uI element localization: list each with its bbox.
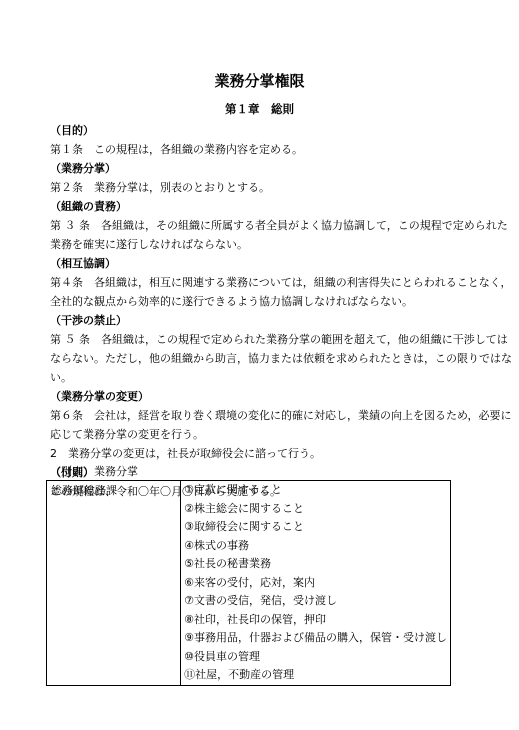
section-heading: （組織の責務） (50, 197, 460, 216)
duty-item: ⑥来客の受付，応対，案内 (184, 574, 447, 593)
section-responsibilities: （組織の責務） 第 ３ 条 各組織は，その組織に所属する者全員がよく協力協調して… (50, 197, 460, 254)
department-cell: 総務部総務課 (47, 481, 181, 686)
article-text: 全社的な観点から効率的に遂行できるよう協力協調しなければならない。 (50, 292, 460, 311)
duties-cell: ①定款に関すること ②株主総会に関すること ③取締役会に関すること ④株式の事務… (181, 481, 451, 686)
article-text: 第６条 会社は，経営を取り巻く環境の変化に的確に対応し，業績の向上を図るため，必… (50, 406, 460, 425)
article-text: 第 ５ 条 各組織は，この規程で定められた業務分掌の範囲を超えて，他の組織に干渉… (50, 330, 460, 349)
duty-item: ⑧社印，社長印の保管，押印 (184, 611, 447, 630)
section-heading: （業務分掌） (50, 159, 460, 178)
duty-item: ②株主総会に関すること (184, 500, 447, 519)
article-text: 業務を確実に遂行しなければならない。 (50, 235, 460, 254)
article-text: 応じて業務分掌の変更を行う。 (50, 425, 460, 444)
appendix-caption: （別表）業務分掌 (50, 463, 138, 479)
section-cooperation: （相互協調） 第４条 各組織は，相互に関連する業務については，組織の利害得失にと… (50, 254, 460, 311)
section-non-interference: （干渉の禁止） 第 ５ 条 各組織は，この規程で定められた業務分掌の範囲を超えて… (50, 311, 460, 387)
section-heading: （相互協調） (50, 254, 460, 273)
duty-item: ④株式の事務 (184, 537, 447, 556)
article-text: 第４条 各組織は，相互に関連する業務については，組織の利害得失にとらわれることな… (50, 273, 460, 292)
document-page: 業務分掌権限 第１章 総則 （目的） 第１条 この規程は，各組織の業務内容を定め… (0, 0, 519, 730)
section-heading: （目的） (50, 121, 460, 140)
section-purpose: （目的） 第１条 この規程は，各組織の業務内容を定める。 (50, 121, 460, 159)
article-text: 第 ３ 条 各組織は，その組織に所属する者全員がよく協力協調して，この規程で定め… (50, 216, 460, 235)
table-row: 総務部総務課 ①定款に関すること ②株主総会に関すること ③取締役会に関すること… (47, 481, 451, 686)
section-heading: （業務分掌の変更） (50, 387, 460, 406)
section-division-of-duties: （業務分掌） 第２条 業務分掌は，別表のとおりとする。 (50, 159, 460, 197)
duty-item: ①定款に関すること (184, 481, 447, 500)
duty-item: ⑦文書の受信，発信，受け渡し (184, 592, 447, 611)
article-text: 第２条 業務分掌は，別表のとおりとする。 (50, 178, 460, 197)
section-change: （業務分掌の変更） 第６条 会社は，経営を取り巻く環境の変化に的確に対応し，業績… (50, 387, 460, 463)
duty-item: ⑩役員車の管理 (184, 648, 447, 667)
chapter-heading: 第１章 総則 (0, 101, 519, 117)
document-title: 業務分掌権限 (0, 70, 519, 91)
duty-item: ③取締役会に関すること (184, 518, 447, 537)
duty-item: ⑨事務用品，什器および備品の購入，保管・受け渡し (184, 629, 447, 648)
duties-table: 総務部総務課 ①定款に関すること ②株主総会に関すること ③取締役会に関すること… (46, 480, 451, 686)
article-text: ならない。ただし，他の組織から助言，協力または依頼を求められたときは，この限りで… (50, 349, 460, 368)
duty-item: ⑤社長の秘書業務 (184, 555, 447, 574)
duty-item: ⑪社屋，不動産の管理 (184, 666, 447, 685)
section-heading: （干渉の禁止） (50, 311, 460, 330)
article-text: い。 (50, 368, 460, 387)
document-body: （目的） 第１条 この規程は，各組織の業務内容を定める。 （業務分掌） 第２条 … (50, 121, 460, 501)
article-text: 2 業務分掌の変更は，社長が取締役会に諮って行う。 (50, 444, 460, 463)
article-text: 第１条 この規程は，各組織の業務内容を定める。 (50, 140, 460, 159)
